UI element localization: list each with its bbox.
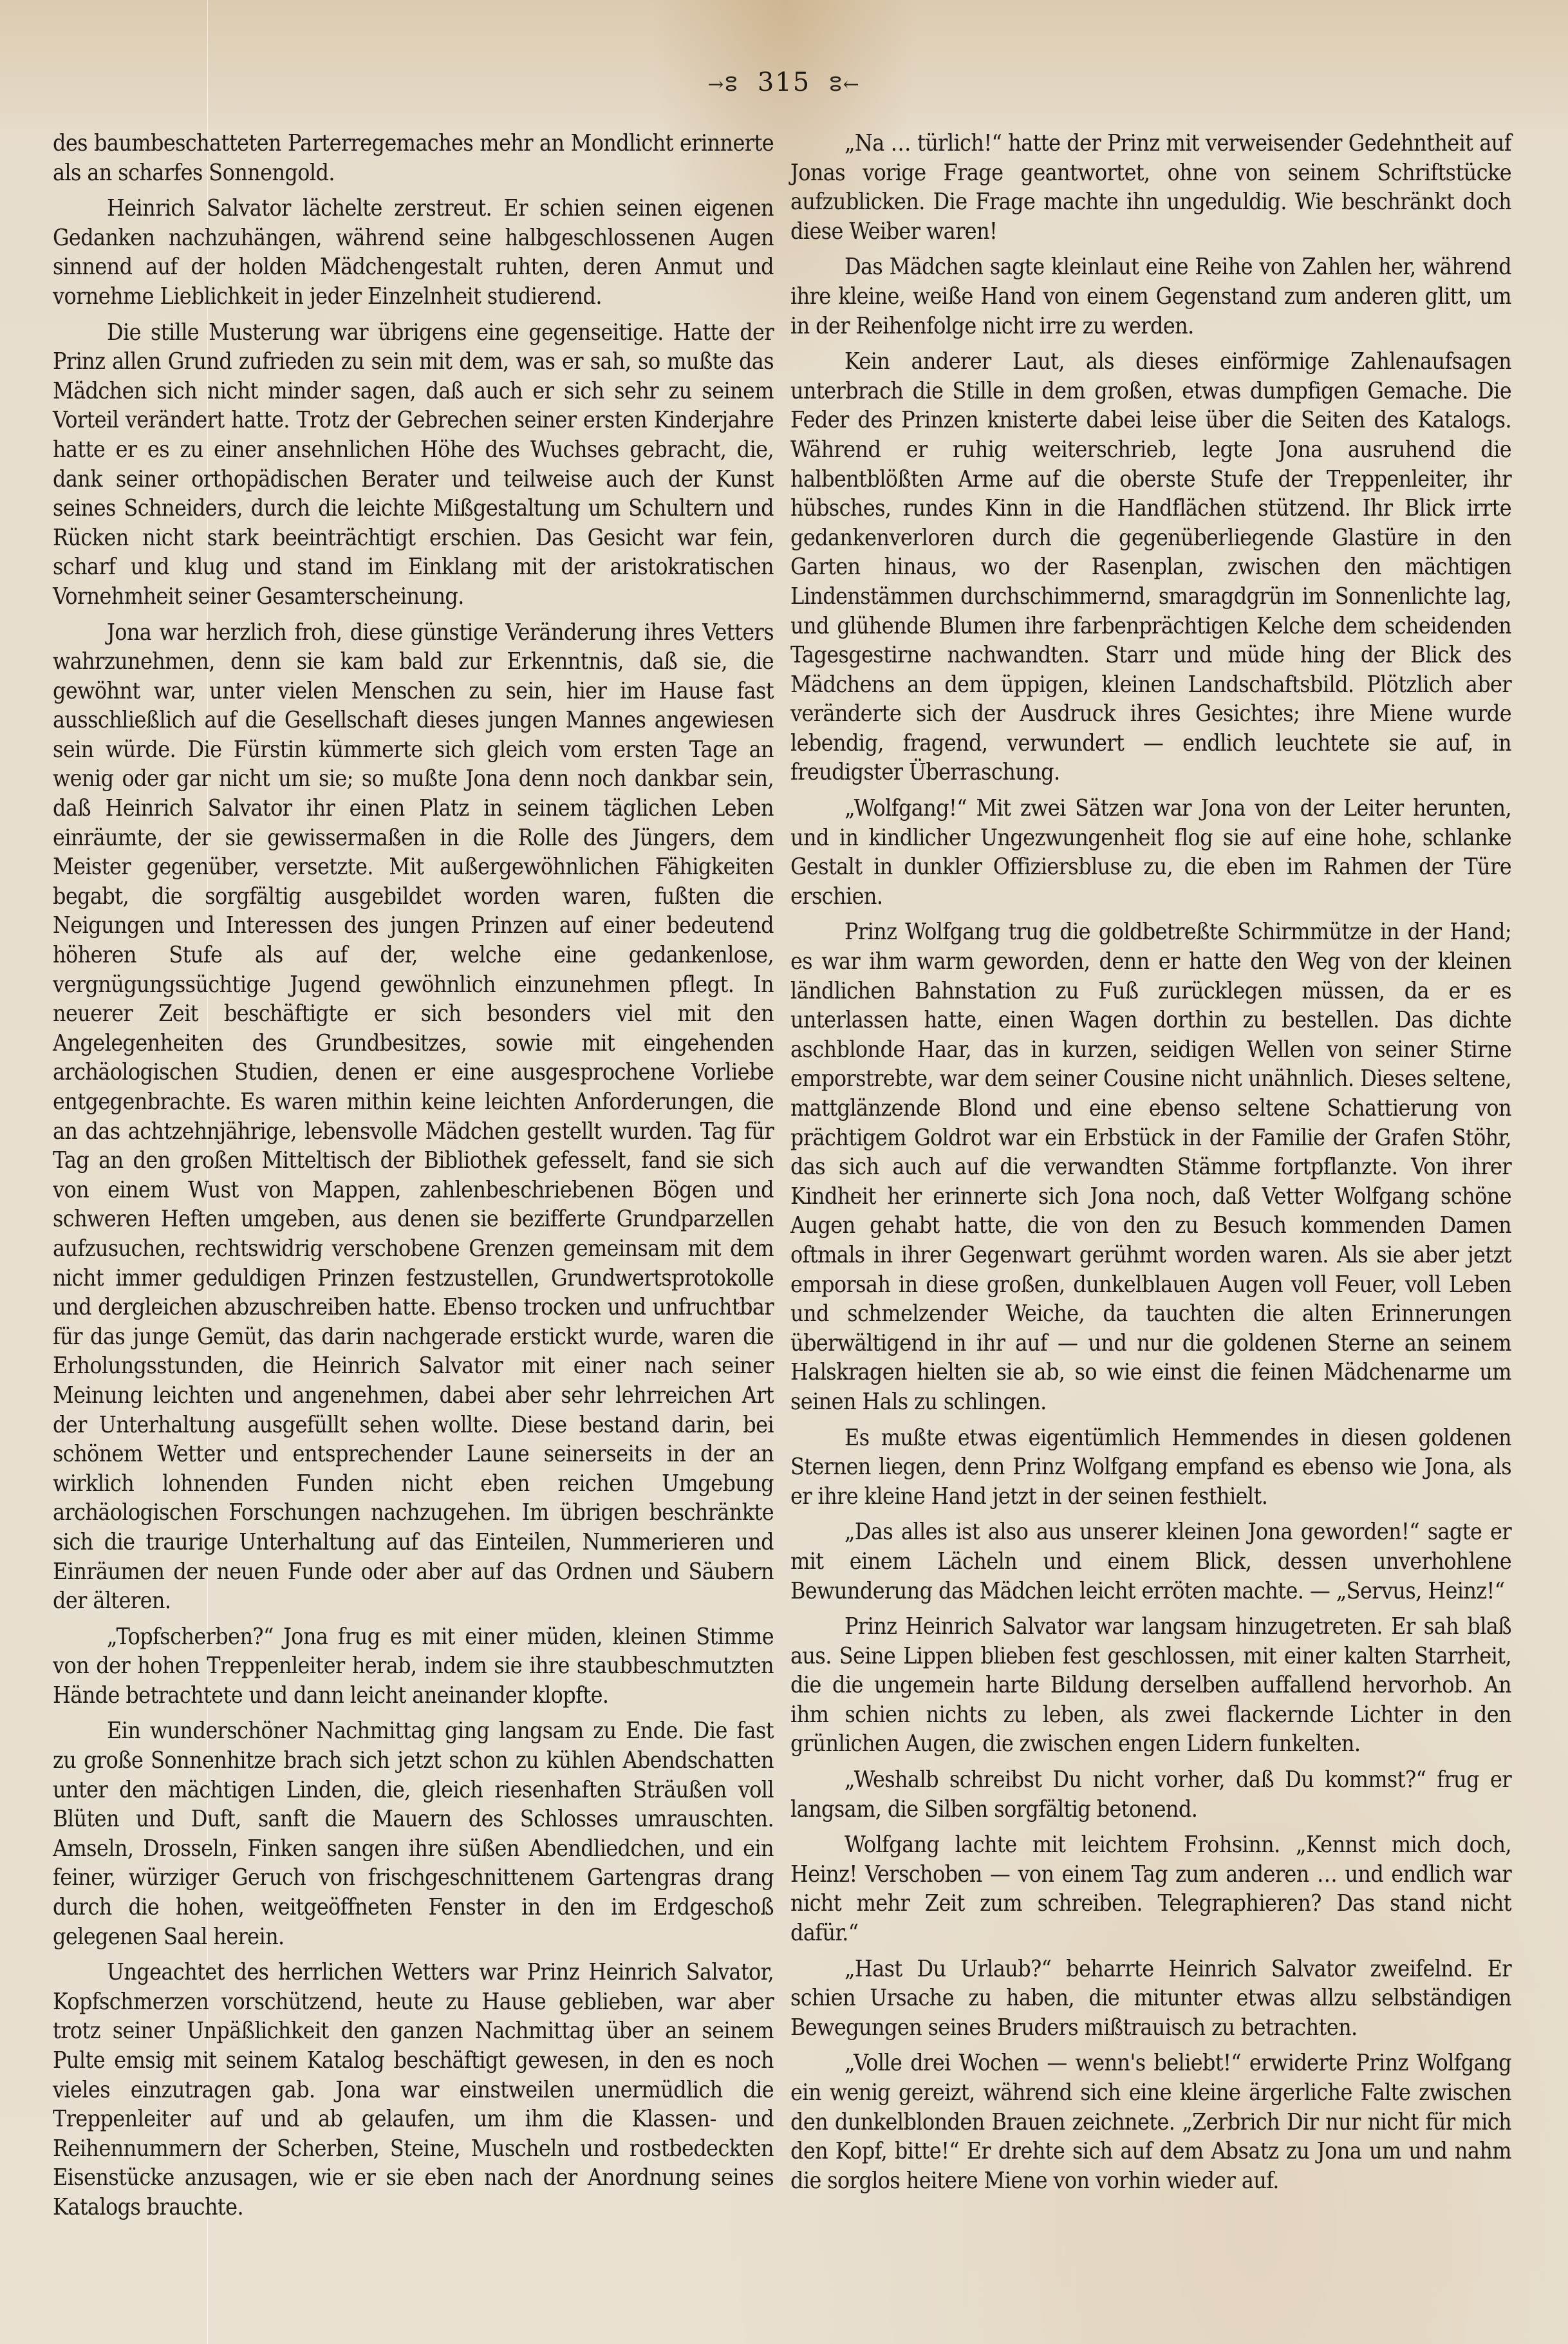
paragraph: Ungeachtet des herrlichen Wetters war Pr…: [53, 1958, 774, 2222]
paragraph: Kein anderer Laut, als dieses einförmige…: [790, 347, 1511, 787]
paragraph: Die stille Musterung war übrigens eine g…: [53, 318, 774, 612]
paragraph: Jona war herzlich froh, diese günstige V…: [53, 618, 774, 1616]
paragraph: „Weshalb schreibst Du nicht vorher, daß …: [790, 1765, 1511, 1824]
ornament-left-icon: →ⵓ: [707, 73, 738, 96]
paragraph: Es mußte etwas eigentümlich Hemmendes in…: [790, 1423, 1511, 1512]
left-column: des baumbeschatteten Parterregemaches me…: [53, 129, 774, 2229]
paragraph: Wolfgang lachte mit leichtem Frohsinn. „…: [790, 1830, 1511, 1947]
paragraph: „Das alles ist also aus unserer kleinen …: [790, 1517, 1511, 1606]
page-header: →ⵓ 315 ⵓ←: [0, 68, 1568, 97]
paragraph: „Topfscherben?“ Jona frug es mit einer m…: [53, 1622, 774, 1711]
paragraph: Ein wunderschöner Nachmittag ging langsa…: [53, 1716, 774, 1951]
paragraph: „Wolfgang!“ Mit zwei Sätzen war Jona von…: [790, 794, 1511, 911]
right-column: „Na … türlich!“ hatte der Prinz mit verw…: [790, 129, 1511, 2202]
paragraph: Prinz Heinrich Salvator war langsam hinz…: [790, 1612, 1511, 1759]
page-number: 315: [758, 68, 810, 97]
paragraph: Heinrich Salvator lächelte zerstreut. Er…: [53, 194, 774, 311]
paragraph: „Na … türlich!“ hatte der Prinz mit verw…: [790, 129, 1511, 246]
paragraph: Das Mädchen sagte kleinlaut eine Reihe v…: [790, 252, 1511, 341]
paragraph: Prinz Wolfgang trug die goldbetreßte Sch…: [790, 917, 1511, 1416]
paragraph: des baumbeschatteten Parterregemaches me…: [53, 129, 774, 187]
ornament-right-icon: ⵓ←: [830, 73, 861, 96]
paragraph: „Volle drei Wochen — wenn's beliebt!“ er…: [790, 2049, 1511, 2195]
paragraph: „Hast Du Urlaub?“ beharrte Heinrich Salv…: [790, 1955, 1511, 2043]
